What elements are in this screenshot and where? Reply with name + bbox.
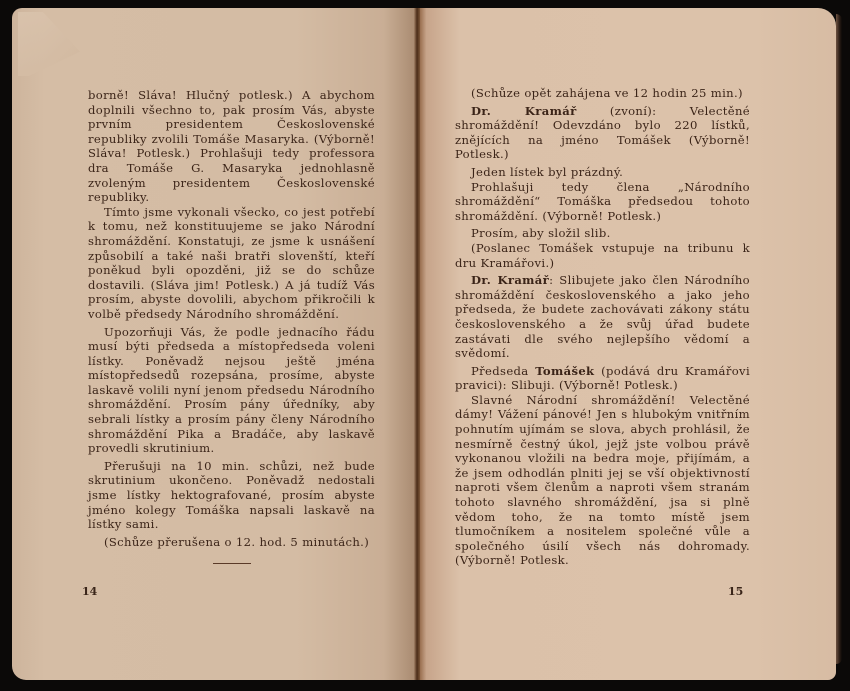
paragraph: Přerušuji na 10 min. schůzi, než bude sk… [88, 459, 375, 532]
speaker-name: Tomášek [535, 364, 594, 378]
paragraph: Upozorňuji Vás, že podle jednacího řádu … [88, 325, 375, 456]
paragraph: Předseda Tomášek (podává dru Kramářovi p… [455, 364, 750, 393]
right-page-text: (Schůze opět zahájena ve 12 hodin 25 min… [455, 86, 750, 568]
left-page-text: borně! Sláva! Hlučný potlesk.) A abychom… [88, 88, 375, 564]
section-divider [213, 563, 251, 564]
paragraph: Prosím, aby složil slib. [455, 226, 750, 241]
paragraph: Dr. Kramář (zvoní): Velectěné shromážděn… [455, 104, 750, 162]
paragraph: (Schůze opět zahájena ve 12 hodin 25 min… [455, 86, 750, 101]
page-number-right: 15 [728, 585, 743, 598]
paragraph: Slavné Národní shromáždění! Velectěné dá… [455, 393, 750, 568]
paragraph: borně! Sláva! Hlučný potlesk.) A abychom… [88, 88, 375, 205]
paragraph: Jeden lístek byl prázdný. [455, 165, 750, 180]
paragraph: Prohlašuji tedy člena „Národního shromáž… [455, 180, 750, 224]
page-edge [836, 14, 842, 664]
paragraph: (Schůze přerušena o 12. hod. 5 minutách.… [88, 535, 375, 550]
paragraph: Tímto jsme vykonali všecko, co jest potř… [88, 205, 375, 322]
speaker-name: Dr. Kramář [471, 104, 577, 118]
paragraph: (Poslanec Tomášek vstupuje na tribunu k … [455, 241, 750, 270]
book-gutter [414, 8, 420, 680]
paragraph: Dr. Kramář: Slibujete jako člen Národníh… [455, 273, 750, 361]
speaker-name: Dr. Kramář [471, 273, 549, 287]
page-number-left: 14 [82, 585, 97, 598]
